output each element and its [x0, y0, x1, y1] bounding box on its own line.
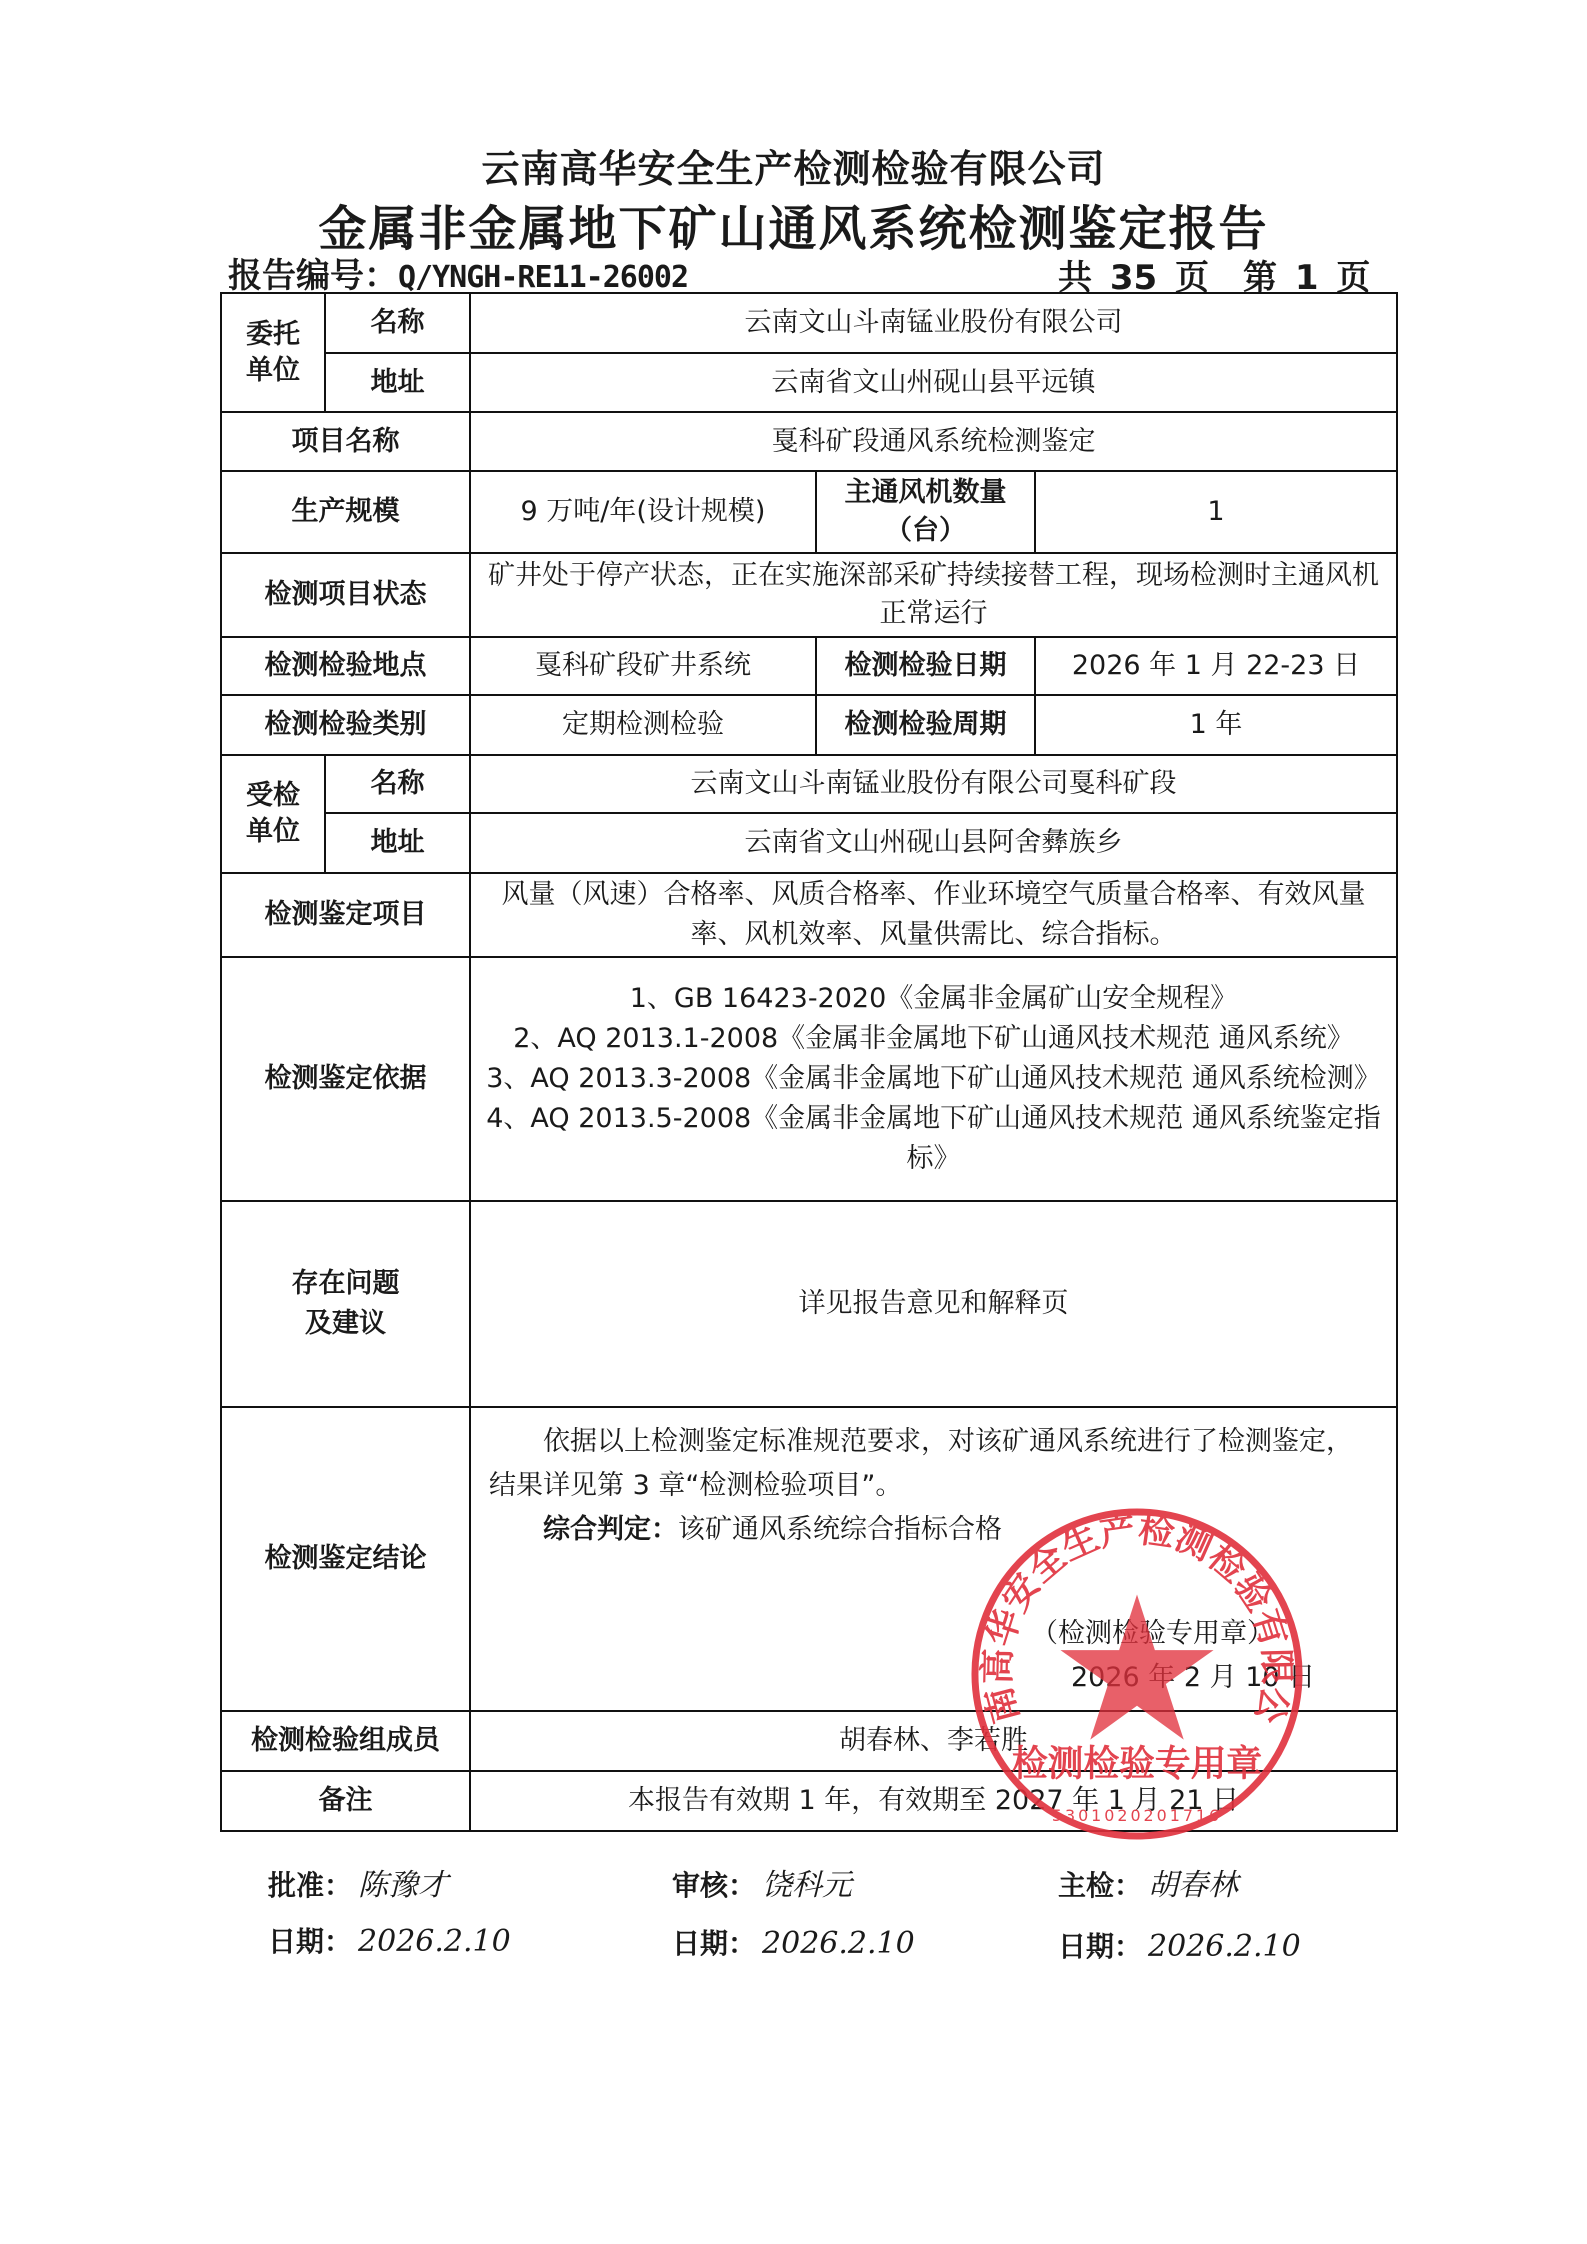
stamp-caption: （检测检验专用章） — [1031, 1614, 1274, 1654]
basis-item: 3、AQ 2013.3-2008《金属非金属地下矿山通风技术规范 通风系统检测》 — [479, 1059, 1388, 1099]
review-signature: 审核：饶科元 — [672, 1860, 852, 1904]
client-name-label: 名称 — [325, 293, 470, 353]
basis-label: 检测鉴定依据 — [221, 957, 470, 1201]
judgement-label: 综合判定： — [543, 1514, 678, 1545]
company-name: 云南高华安全生产检测检验有限公司 — [0, 138, 1587, 193]
report-number-label: 报告编号： — [228, 256, 398, 296]
report-number: 报告编号：Q/YNGH-RE11-26002 — [228, 248, 688, 297]
inspection-location: 戛科矿段矿井系统 — [470, 637, 816, 695]
inspected-name-label: 名称 — [325, 755, 470, 813]
lead-inspector-signature: 主检：胡春林 — [1058, 1860, 1238, 1904]
review-date: 日期：2026.2.10 — [672, 1922, 915, 1962]
lead-signature-value: 胡春林 — [1148, 1868, 1238, 1903]
remarks-label: 备注 — [221, 1771, 470, 1831]
client-address: 云南省文山州砚山县平远镇 — [470, 353, 1397, 412]
client-group-label: 委托单位 — [221, 293, 325, 412]
status-label: 检测项目状态 — [221, 553, 470, 637]
period-label: 检测检验周期 — [816, 695, 1035, 755]
items-label: 检测鉴定项目 — [221, 873, 470, 957]
lead-date: 日期：2026.2.10 — [1058, 1925, 1301, 1965]
location-label: 检测检验地点 — [221, 637, 470, 695]
fan-count-label: 主通风机数量（台） — [816, 471, 1035, 553]
overall-judgement: 综合判定：该矿通风系统综合指标合格 — [489, 1508, 1378, 1552]
team-members: 胡春林、李若胜 — [470, 1711, 1397, 1771]
conclusion-text: 依据以上检测鉴定标准规范要求，对该矿通风系统进行了检测鉴定，结果详见第 3 章“… — [489, 1420, 1378, 1508]
category-label: 检测检验类别 — [221, 695, 470, 755]
report-summary-table: 委托单位 名称 云南文山斗南锰业股份有限公司 地址 云南省文山州砚山县平远镇 项… — [220, 292, 1398, 1832]
basis-item: 2、AQ 2013.1-2008《金属非金属地下矿山通风技术规范 通风系统》 — [479, 1019, 1388, 1059]
inspected-address: 云南省文山州砚山县阿舍彝族乡 — [470, 813, 1397, 873]
approve-date-value: 2026.2.10 — [358, 1924, 511, 1959]
date-label: 检测检验日期 — [816, 637, 1035, 695]
basis-item: 1、GB 16423-2020《金属非金属矿山安全规程》 — [479, 979, 1388, 1019]
fan-count: 1 — [1035, 471, 1397, 553]
review-signature-value: 饶科元 — [762, 1868, 852, 1903]
issues-suggestions: 详见报告意见和解释页 — [470, 1201, 1397, 1407]
inspected-address-label: 地址 — [325, 813, 470, 873]
conclusion-label: 检测鉴定结论 — [221, 1407, 470, 1711]
inspection-category: 定期检测检验 — [470, 695, 816, 755]
project-name: 戛科矿段通风系统检测鉴定 — [470, 412, 1397, 471]
inspection-items: 风量（风速）合格率、风质合格率、作业环境空气质量合格率、有效风量率、风机效率、风… — [470, 873, 1397, 957]
basis-list: 1、GB 16423-2020《金属非金属矿山安全规程》 2、AQ 2013.1… — [470, 957, 1397, 1201]
stamp-date: 2026 年 2 月 10 日 — [1071, 1658, 1315, 1698]
judgement-value: 该矿通风系统综合指标合格 — [678, 1514, 1002, 1545]
report-number-value: Q/YNGH-RE11-26002 — [398, 260, 688, 295]
approve-signature: 批准：陈豫才 — [268, 1860, 448, 1904]
project-name-label: 项目名称 — [221, 412, 470, 471]
scale-label: 生产规模 — [221, 471, 470, 553]
lead-date-value: 2026.2.10 — [1148, 1929, 1301, 1964]
review-date-value: 2026.2.10 — [762, 1926, 915, 1961]
inspection-date: 2026 年 1 月 22-23 日 — [1035, 637, 1397, 695]
client-address-label: 地址 — [325, 353, 470, 412]
client-name: 云南文山斗南锰业股份有限公司 — [470, 293, 1397, 353]
project-status: 矿井处于停产状态，正在实施深部采矿持续接替工程，现场检测时主通风机正常运行 — [470, 553, 1397, 637]
inspected-name: 云南文山斗南锰业股份有限公司戛科矿段 — [470, 755, 1397, 813]
approve-signature-value: 陈豫才 — [358, 1868, 448, 1903]
basis-item: 4、AQ 2013.5-2008《金属非金属地下矿山通风技术规范 通风系统鉴定指… — [479, 1099, 1388, 1179]
conclusion-cell: 依据以上检测鉴定标准规范要求，对该矿通风系统进行了检测鉴定，结果详见第 3 章“… — [470, 1407, 1397, 1711]
remarks: 本报告有效期 1 年，有效期至 2027 年 1 月 21 日 — [470, 1771, 1397, 1831]
members-label: 检测检验组成员 — [221, 1711, 470, 1771]
inspection-period: 1 年 — [1035, 695, 1397, 755]
issues-label: 存在问题及建议 — [221, 1201, 470, 1407]
inspected-group-label: 受检单位 — [221, 755, 325, 873]
approve-date: 日期：2026.2.10 — [268, 1920, 511, 1960]
production-scale: 9 万吨/年(设计规模) — [470, 471, 816, 553]
